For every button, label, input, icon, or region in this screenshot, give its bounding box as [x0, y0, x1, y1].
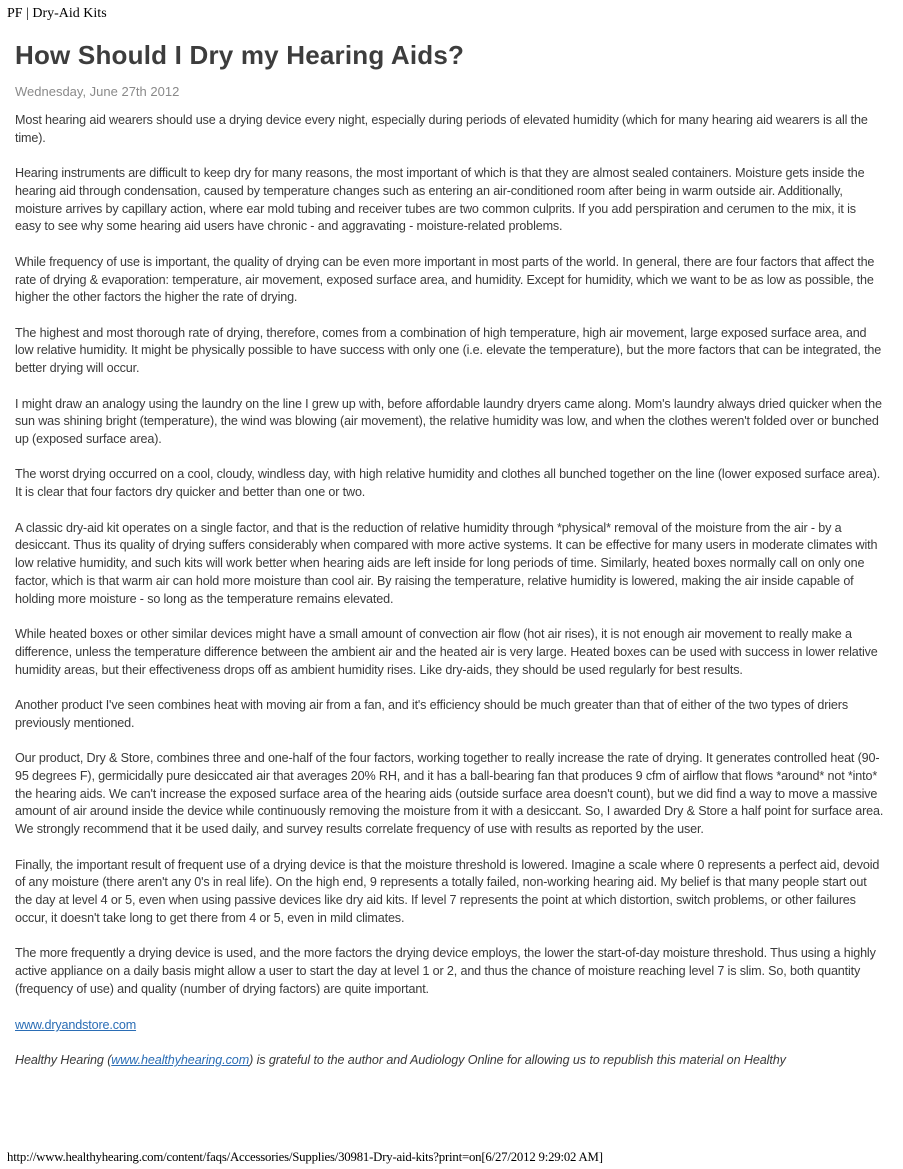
product-link-paragraph: www.dryandstore.com	[15, 1016, 885, 1034]
article-paragraph: Another product I've seen combines heat …	[15, 697, 885, 733]
article-paragraph: The highest and most thorough rate of dr…	[15, 325, 885, 378]
article-paragraph: The worst drying occurred on a cool, clo…	[15, 466, 885, 502]
print-page-header: PF | Dry-Aid Kits	[7, 6, 107, 22]
article: How Should I Dry my Hearing Aids? Wednes…	[15, 36, 885, 1069]
article-paragraph: While heated boxes or other similar devi…	[15, 626, 885, 679]
article-paragraph: I might draw an analogy using the laundr…	[15, 396, 885, 449]
article-body: Most hearing aid wearers should use a dr…	[15, 112, 885, 1069]
article-paragraph: A classic dry-aid kit operates on a sing…	[15, 520, 885, 609]
article-paragraph: While frequency of use is important, the…	[15, 254, 885, 307]
dryandstore-link[interactable]: www.dryandstore.com	[15, 1018, 136, 1032]
print-page-footer: http://www.healthyhearing.com/content/fa…	[7, 1150, 603, 1164]
article-title: How Should I Dry my Hearing Aids?	[15, 36, 885, 74]
credit-prefix: Healthy Hearing (	[15, 1053, 111, 1067]
article-paragraph: The more frequently a drying device is u…	[15, 945, 885, 998]
credit-suffix: ) is grateful to the author and Audiolog…	[249, 1053, 786, 1067]
credit-note: Healthy Hearing (www.healthyhearing.com)…	[15, 1051, 885, 1069]
healthyhearing-link[interactable]: www.healthyhearing.com	[111, 1053, 249, 1067]
article-paragraph: Hearing instruments are difficult to kee…	[15, 165, 885, 236]
article-paragraph: Finally, the important result of frequen…	[15, 857, 885, 928]
article-paragraph: Most hearing aid wearers should use a dr…	[15, 112, 885, 148]
article-paragraph: Our product, Dry & Store, combines three…	[15, 750, 885, 839]
article-date: Wednesday, June 27th 2012	[15, 84, 885, 100]
